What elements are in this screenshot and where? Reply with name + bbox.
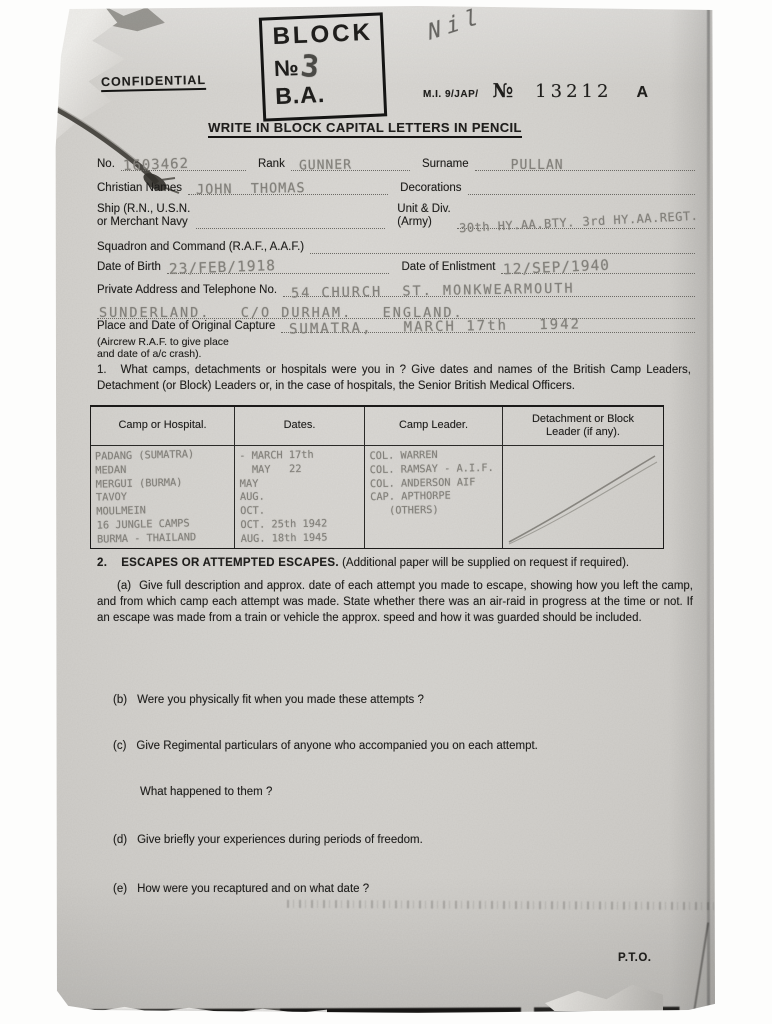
decorations-field: [468, 180, 695, 195]
number-value: 1603462: [123, 156, 190, 174]
item-c-letter: (c): [113, 740, 126, 752]
date-of-birth-field: 23/FEB/1918: [167, 259, 390, 274]
address-label: Private Address and Telephone No.: [97, 284, 283, 297]
item-c-text: Give Regimental particulars of anyone wh…: [136, 740, 537, 752]
christian-names-label: Christian Names: [97, 182, 188, 195]
form-instruction-heading: WRITE IN BLOCK CAPITAL LETTERS IN PENCIL: [55, 119, 675, 138]
item-a-letter: (a): [117, 580, 131, 592]
question-2-number: 2.: [97, 557, 121, 569]
rank-field: GUNNER: [291, 156, 410, 171]
field-row-capture: Place and Date of Original Capture SUMAT…: [97, 318, 695, 333]
camp-column: PADANG (SUMATRA) MEDAN MERGUI (BURMA) TA…: [91, 446, 235, 548]
question-2-title: ESCAPES OR ATTEMPTED ESCAPES.: [121, 557, 339, 569]
camps-table: Camp or Hospital. Dates. Camp Leader. De…: [90, 405, 664, 549]
crumpled-corner: [545, 983, 663, 1011]
item-a-text: Give full description and approx. date o…: [97, 580, 693, 624]
question-2e: (e)How were you recaptured and on what d…: [113, 883, 681, 895]
header-detachment-leader: Detachment or Block Leader (if any).: [503, 407, 663, 445]
question-2c-followup: What happened to them ?: [140, 786, 272, 798]
question-2-heading: 2.ESCAPES OR ATTEMPTED ESCAPES. (Additio…: [97, 557, 691, 569]
question-2b: (b)Were you physically fit when you made…: [113, 694, 681, 706]
question-2d: (d)Give briefly your experiences during …: [113, 834, 681, 846]
christian-names-value: JOHN THOMAS: [196, 180, 306, 198]
diagonal-strike-mark: [503, 446, 662, 548]
right-edge-crease: [707, 6, 710, 1016]
ship-field: [196, 214, 385, 229]
enlistment-value: 12/SEP/1940: [503, 258, 611, 279]
pencil-scribble: Nil: [426, 3, 485, 46]
dates-column: - MARCH 17th MAY 22 MAY AUG. OCT. OCT. 2…: [235, 446, 365, 548]
header-camp-leader: Camp Leader.: [365, 407, 503, 445]
classification-marking: CONFIDENTIAL: [101, 73, 206, 92]
reference-number: 13212: [535, 81, 612, 102]
address-field-line2: SUNDERLAND. C/O DURHAM. ENGLAND.: [97, 304, 695, 319]
field-row-dates: Date of Birth 23/FEB/1918 Date of Enlist…: [97, 259, 695, 274]
capture-field: SUMATRA, MARCH 17th 1942: [281, 318, 695, 333]
field-row-christian-decorations: Christian Names JOHN THOMAS Decorations: [97, 180, 695, 195]
date-of-birth-label: Date of Birth: [97, 261, 167, 274]
christian-names-field: JOHN THOMAS: [188, 180, 388, 195]
reference-prefix: M.I. 9/JAP/: [423, 89, 479, 100]
ink-bleedthrough-smudge: [287, 900, 725, 910]
page-turn-over-note: P.T.O.: [618, 952, 651, 964]
address-value-line1: 54 CHURCH ST. MONKWEARMOUTH: [291, 281, 575, 302]
item-d-letter: (d): [113, 834, 127, 846]
capture-label-line1: Place and Date of Original Capture: [97, 320, 281, 333]
field-row-ship-unit: Ship (R.N., U.S.N. or Merchant Navy Unit…: [97, 199, 695, 229]
surname-field: PULLAN: [475, 156, 695, 171]
leader-entry: COL. RAMSAY - A.I.F.: [370, 462, 497, 478]
rank-label: Rank: [258, 158, 291, 171]
ship-label: Ship (R.N., U.S.N. or Merchant Navy: [97, 203, 196, 229]
form-paper: CONFIDENTIAL BLOCK №3 B.A. M.I. 9/JAP/ №…: [55, 6, 715, 1016]
date-of-birth-value: 23/FEB/1918: [169, 258, 277, 278]
number-field: 1603462: [121, 156, 246, 171]
reference-no-symbol: №: [493, 80, 514, 102]
stamp-handwritten-number: 3: [299, 51, 320, 84]
file-reference: M.I. 9/JAP/ № 13212 A: [423, 80, 648, 102]
decorations-label: Decorations: [400, 182, 467, 195]
field-row-squadron: Squadron and Command (R.A.F., A.A.F.): [97, 239, 695, 254]
question-1-number: 1.: [97, 364, 121, 376]
field-row-number-rank-surname: No. 1603462 Rank GUNNER Surname PULLAN: [97, 156, 695, 171]
header-dates: Dates.: [235, 407, 365, 445]
camp-leader-column: COL. WARREN COL. RAMSAY - A.I.F. COL. AN…: [365, 446, 503, 548]
item-e-text: How were you recaptured and on what date…: [137, 883, 369, 895]
field-row-address2: SUNDERLAND. C/O DURHAM. ENGLAND.: [97, 304, 695, 319]
squadron-label: Squadron and Command (R.A.F., A.A.F.): [97, 241, 310, 254]
camps-table-body: PADANG (SUMATRA) MEDAN MERGUI (BURMA) TA…: [91, 446, 663, 548]
question-1: 1.What camps, detachments or hospitals w…: [97, 363, 691, 395]
unit-div-label: Unit & Div. (Army): [397, 203, 456, 229]
stamp-line2: №3: [273, 47, 372, 83]
address-field-line1: 54 CHURCH ST. MONKWEARMOUTH: [283, 282, 695, 297]
date-entry: AUG. 18th 1945: [241, 531, 360, 547]
block-number-stamp: BLOCK №3 B.A.: [259, 12, 387, 121]
camp-entry: BURMA - THAILAND: [97, 530, 230, 547]
enlistment-field: 12/SEP/1940: [501, 259, 695, 274]
stamp-no-symbol: №: [273, 55, 299, 81]
reference-series-letter: A: [636, 84, 648, 102]
field-row-address: Private Address and Telephone No. 54 CHU…: [97, 282, 695, 297]
item-b-letter: (b): [113, 694, 127, 706]
question-1-text: What camps, detachments or hospitals wer…: [97, 364, 691, 392]
detachment-leader-column: [503, 446, 663, 548]
stamp-line1: BLOCK: [272, 20, 371, 49]
item-d-text: Give briefly your experiences during per…: [137, 834, 423, 846]
surname-value: PULLAN: [511, 158, 564, 173]
item-b-text: Were you physically fit when you made th…: [137, 694, 424, 706]
enlistment-label: Date of Enlistment: [401, 261, 501, 274]
capture-value: SUMATRA, MARCH 17th 1942: [289, 316, 581, 337]
squadron-field: [310, 239, 695, 254]
number-label: No.: [97, 158, 121, 171]
surname-label: Surname: [422, 158, 475, 171]
unit-div-value: 30th HY.AA.BTY. 3rd HY.AA.REGT.: [459, 209, 699, 236]
item-e-letter: (e): [113, 883, 127, 895]
unit-div-field: 30th HY.AA.BTY. 3rd HY.AA.REGT.: [457, 214, 695, 229]
question-2-note: (Additional paper will be supplied on re…: [342, 557, 629, 569]
scanned-document-photo: CONFIDENTIAL BLOCK №3 B.A. M.I. 9/JAP/ №…: [0, 0, 772, 1024]
leader-entry: (OTHERS): [370, 503, 497, 519]
capture-label-note: (Aircrew R.A.F. to give place and date o…: [97, 336, 229, 361]
rank-value: GUNNER: [299, 158, 352, 174]
header-camp-or-hospital: Camp or Hospital.: [91, 407, 235, 445]
stamp-line3: B.A.: [275, 80, 374, 108]
camps-table-header: Camp or Hospital. Dates. Camp Leader. De…: [91, 407, 663, 446]
question-2c: (c)Give Regimental particulars of anyone…: [113, 740, 681, 752]
question-2a: (a)Give full description and approx. dat…: [97, 578, 693, 626]
